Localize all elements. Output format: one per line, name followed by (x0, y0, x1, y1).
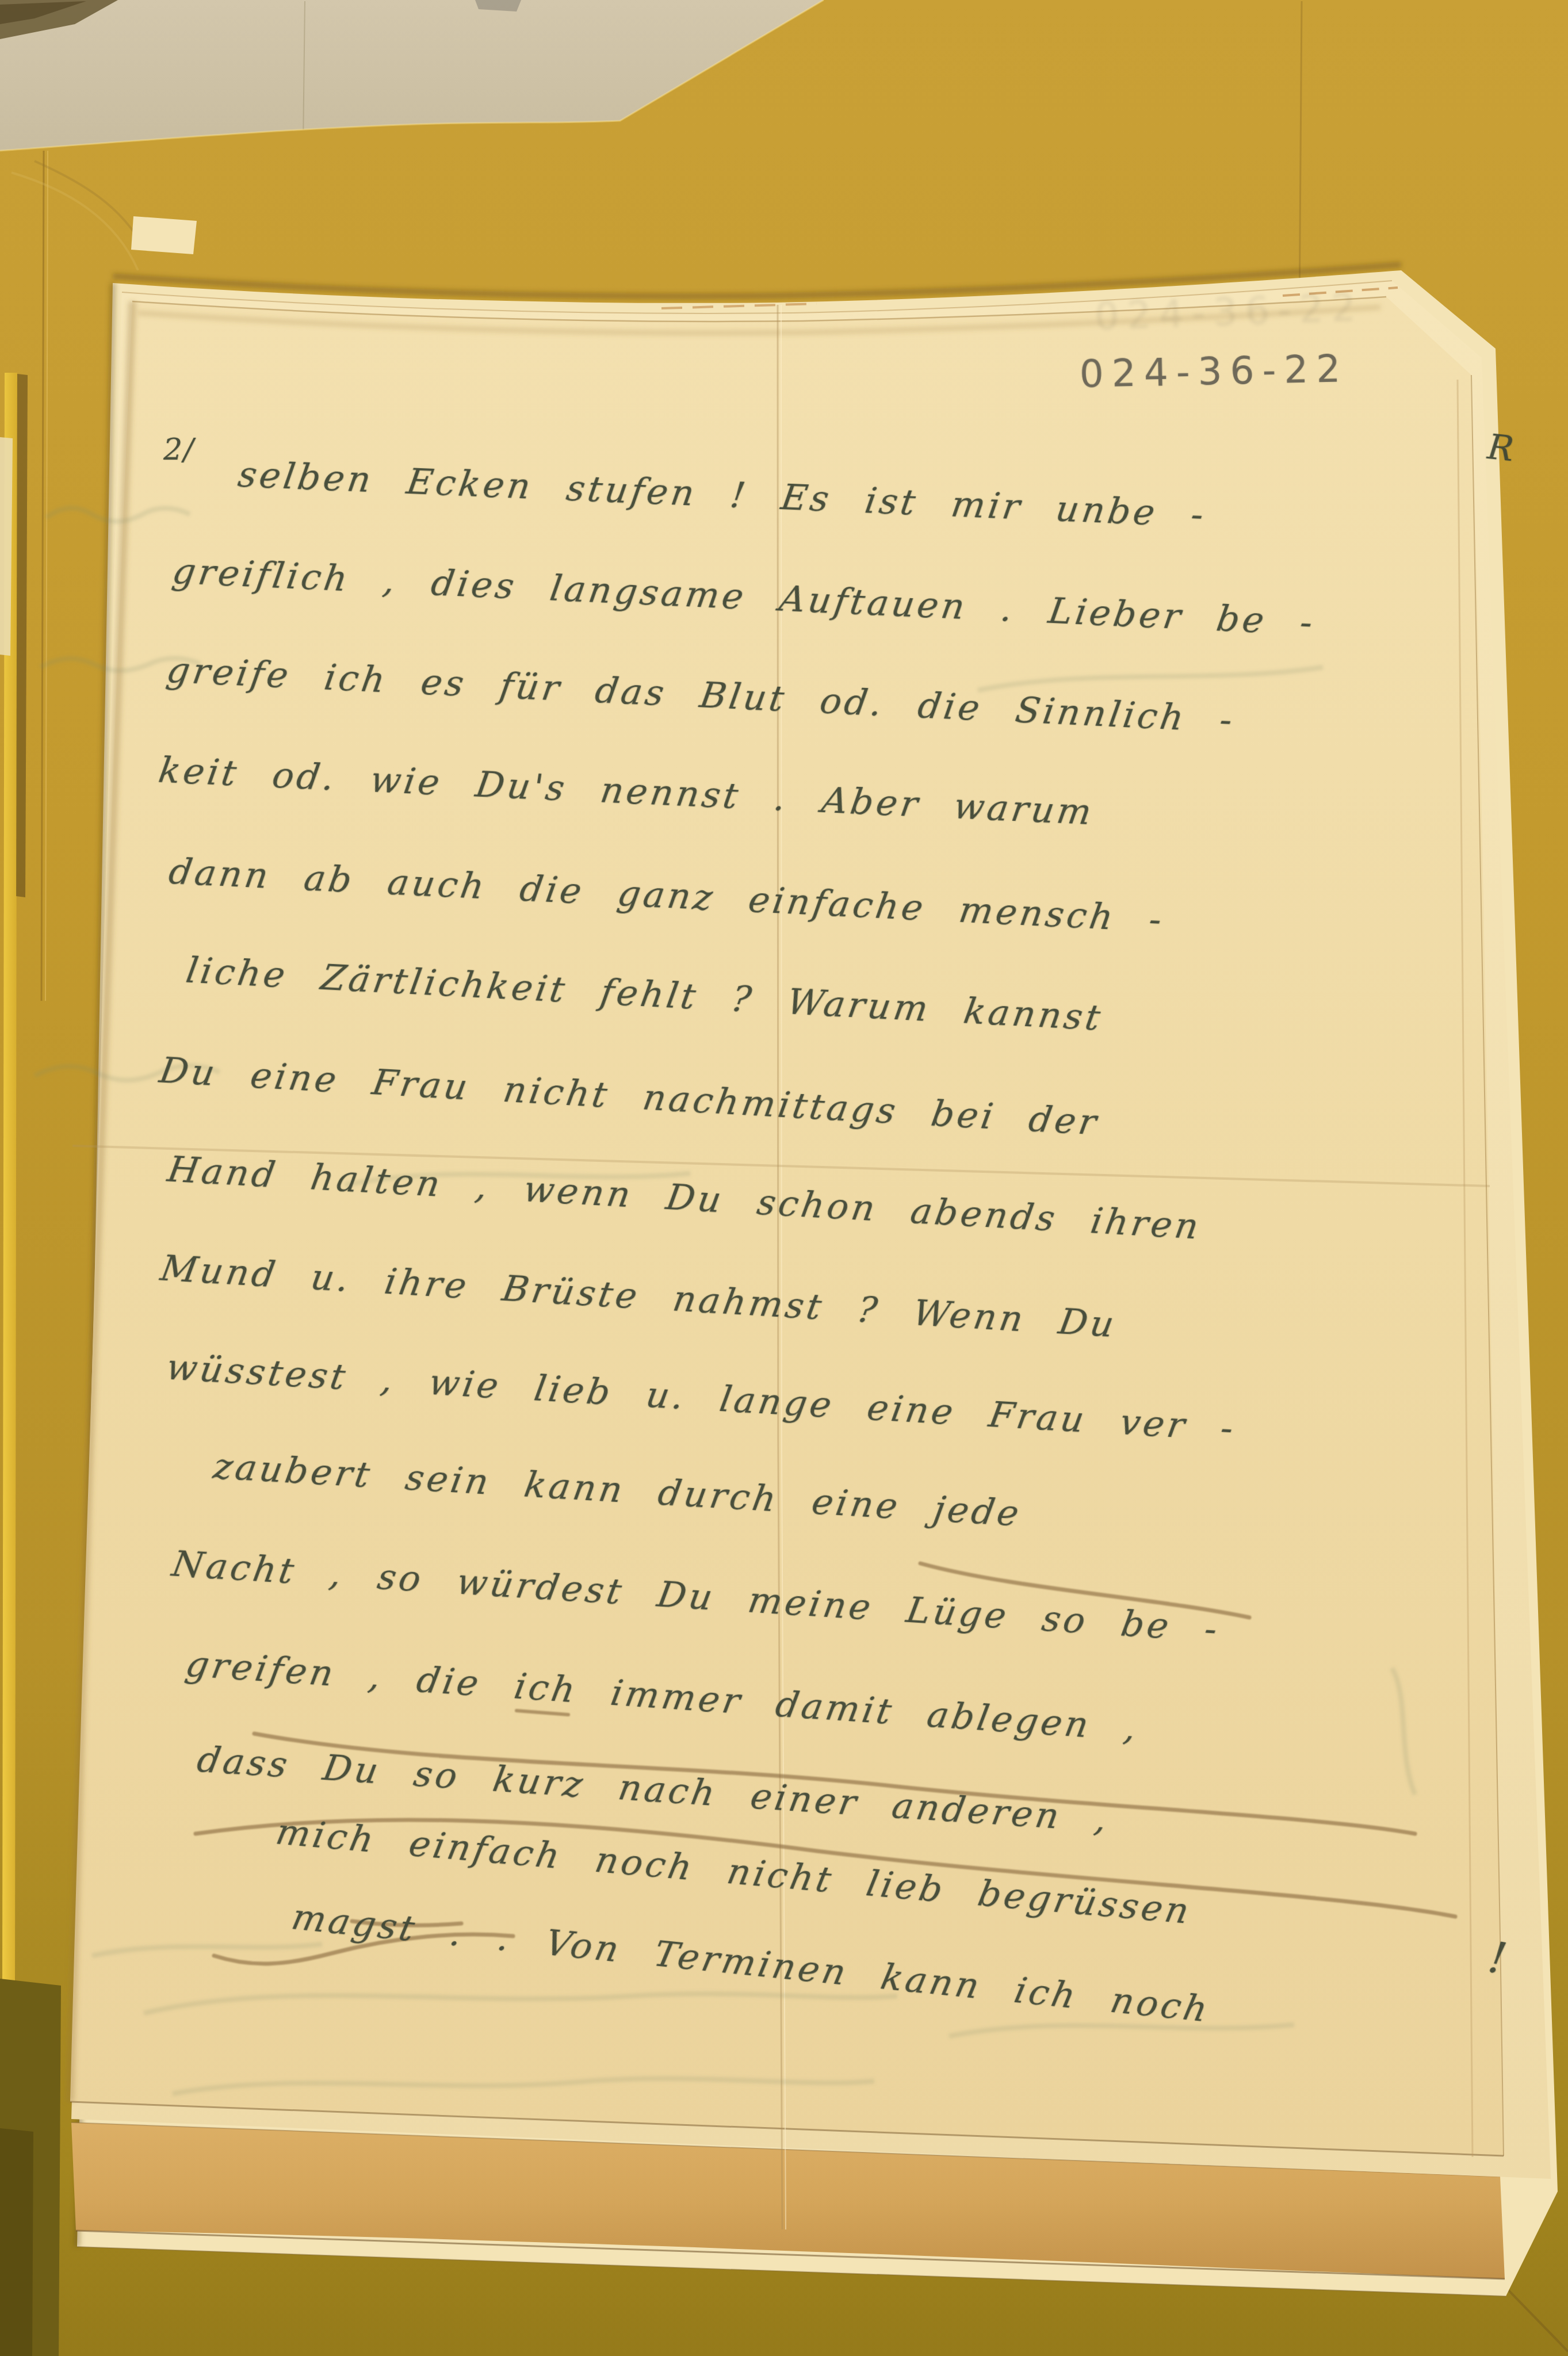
behind-sheet-mark: R (1486, 427, 1519, 470)
archival-number: 024-36-22 (1079, 346, 1349, 396)
page-number-marker: 2/ (163, 433, 195, 467)
letter-photograph: 024-36-22 024-36-22 R 2/ selben Ecken st… (0, 0, 1568, 2356)
sheet-corner-tab (131, 216, 197, 254)
archival-number-erased: 024-36-22 (1094, 285, 1364, 339)
